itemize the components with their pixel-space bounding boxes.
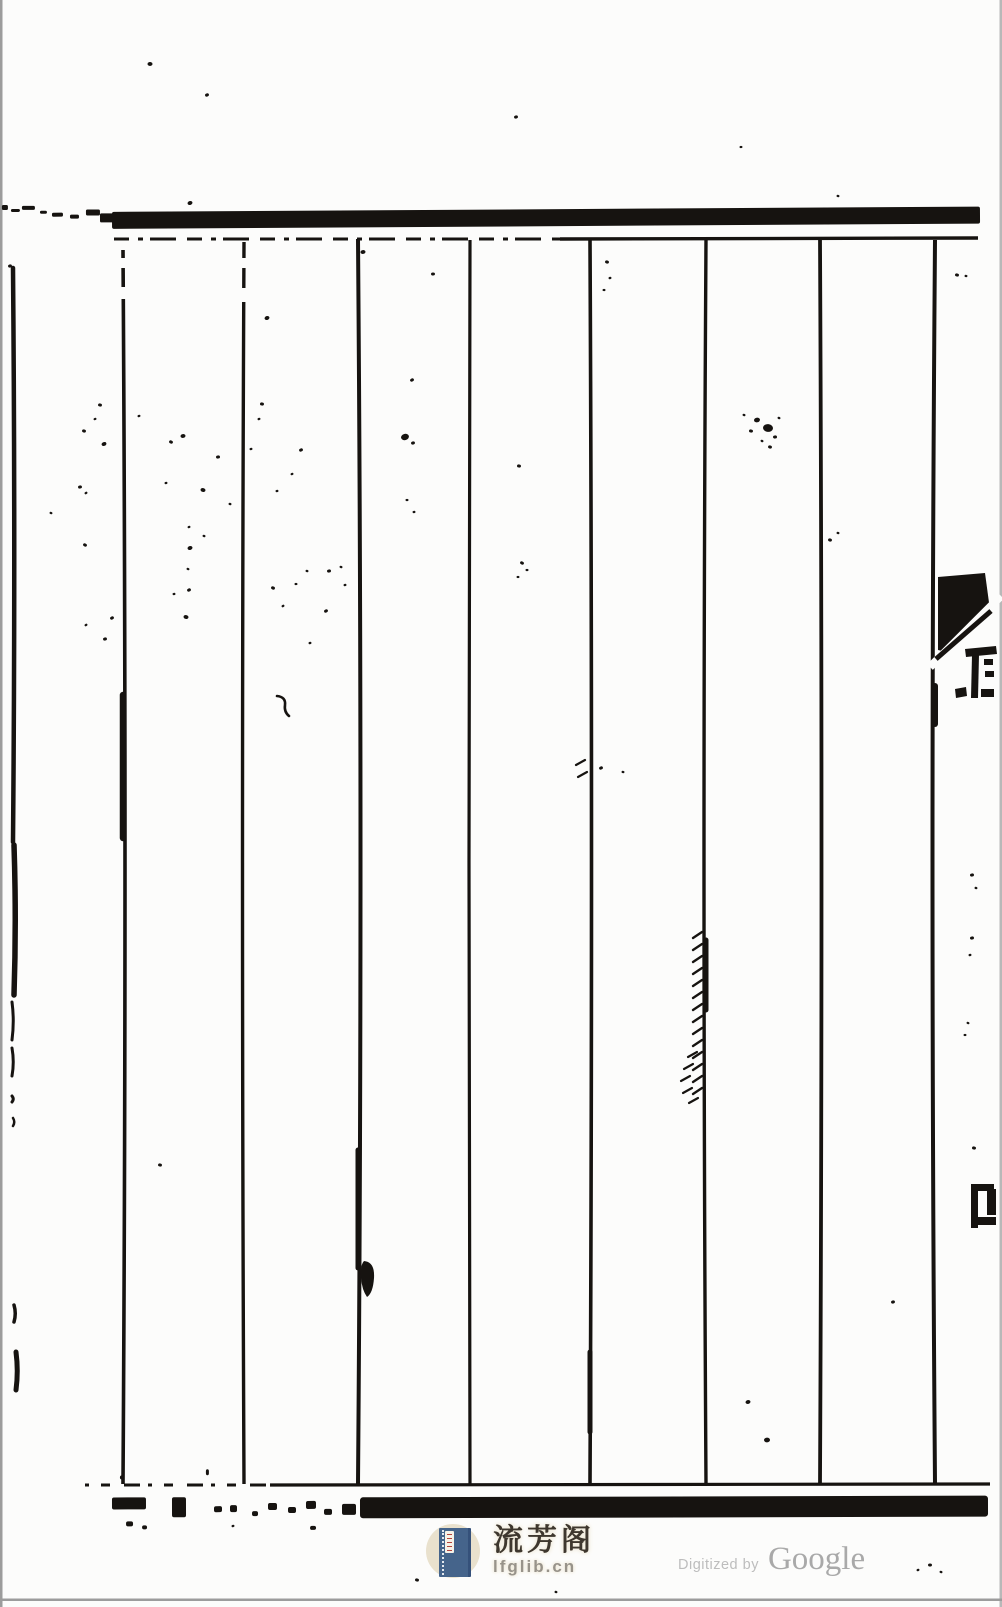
google-logo: Google xyxy=(768,1541,865,1578)
left-frame-line xyxy=(12,268,17,1390)
stitched-book-icon xyxy=(439,1528,471,1577)
top-bottom-border-bars xyxy=(2,199,990,1530)
google-digitization-credit: Digitized by Google xyxy=(678,1541,865,1578)
book-stitching xyxy=(442,1530,444,1575)
watermark-site-name: 流芳阁 xyxy=(493,1525,595,1557)
ink-speck-noise xyxy=(8,62,978,1594)
watermark-text-block: 流芳阁 lfglib.cn xyxy=(493,1525,595,1576)
scanned-book-page: 流芳阁 lfglib.cn Digitized by Google xyxy=(0,0,1002,1607)
lfglib-logo-badge xyxy=(426,1524,480,1578)
scanned-folio-artwork xyxy=(0,0,1002,1607)
ink-hash-marks xyxy=(576,760,702,1103)
scan-edge-shadows xyxy=(0,0,1002,1607)
digitized-by-label: Digitized by xyxy=(678,1557,759,1573)
column-rule-lines xyxy=(119,239,935,1484)
watermark-site-url: lfglib.cn xyxy=(493,1557,595,1576)
book-title-label xyxy=(445,1531,454,1553)
partial-character-fragments xyxy=(277,573,1001,1297)
lfglib-watermark: 流芳阁 lfglib.cn xyxy=(426,1524,595,1578)
